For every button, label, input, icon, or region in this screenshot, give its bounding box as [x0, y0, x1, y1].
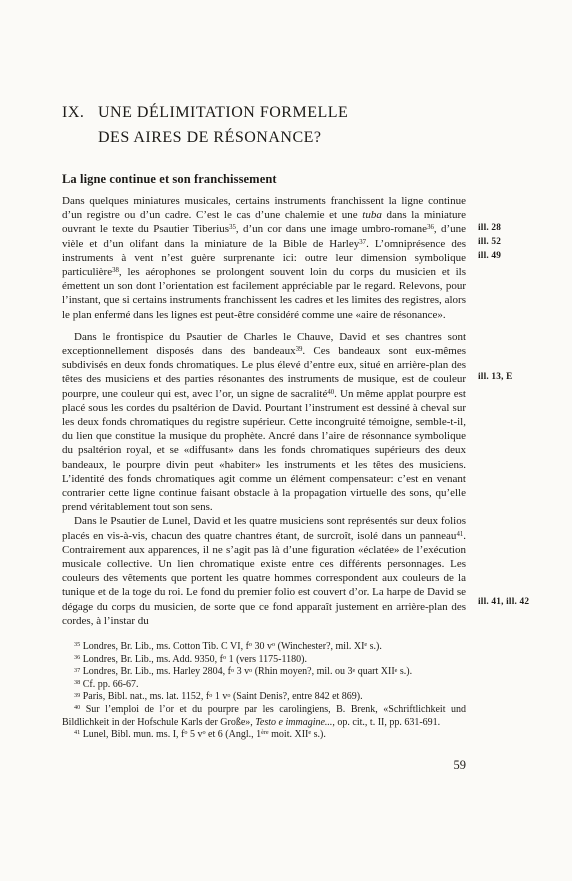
text-segment: 1 (vers 1175-1180).: [226, 654, 307, 665]
chapter-title: UNE DÉLIMITATION FORMELLE DES AIRES DE R…: [98, 100, 348, 150]
superscript-ref: 35: [74, 641, 80, 648]
superscript-ref: o: [184, 729, 187, 736]
text-segment: s.).: [397, 666, 412, 677]
section-subheading: La ligne continue et son franchissement: [62, 172, 466, 187]
text-segment: et 6 (Angl., 1: [206, 729, 262, 740]
text-segment: Dans le Psautier de Lunel, David et les …: [62, 515, 466, 541]
superscript-ref: 39: [296, 346, 303, 353]
text-segment: 30 v: [252, 641, 272, 652]
text-segment: (Rhin moyen?, mil. ou 3: [252, 666, 352, 677]
text-segment: 3 v: [234, 666, 249, 677]
superscript-ref: o: [249, 667, 252, 674]
superscript-ref: 36: [427, 224, 434, 231]
footnote: 40 Sur l’emploi de l’or et du pourpre pa…: [62, 704, 466, 729]
body-paragraph: Dans quelques miniatures musicales, cert…: [62, 194, 466, 322]
superscript-ref: e: [395, 667, 398, 674]
text-segment: Londres, Br. Lib., ms. Harley 2804, f: [80, 666, 231, 677]
superscript-ref: o: [202, 729, 205, 736]
margin-illustration-ref: ill. 49: [478, 251, 501, 261]
superscript-ref: o: [272, 641, 275, 648]
superscript-ref: ère: [261, 729, 269, 736]
superscript-ref: 38: [112, 267, 119, 274]
chapter-title-line1: UNE DÉLIMITATION FORMELLE: [98, 100, 348, 125]
chapter-heading: IX. UNE DÉLIMITATION FORMELLE DES AIRES …: [62, 100, 466, 150]
text-segment: moit. XII: [269, 729, 309, 740]
superscript-ref: 39: [74, 692, 80, 699]
superscript-ref: e: [308, 729, 311, 736]
superscript-ref: e: [352, 667, 355, 674]
superscript-ref: 35: [229, 224, 236, 231]
text-segment: Londres, Br. Lib., ms. Cotton Tib. C VI,…: [80, 641, 249, 652]
text-segment: Cf. pp. 66-67.: [80, 679, 138, 690]
superscript-ref: 37: [74, 667, 80, 674]
text-segment: . Contrairement aux apparences, il ne s’…: [62, 530, 466, 627]
footnote: 36 Londres, Br. Lib., ms. Add. 9350, fo …: [62, 654, 466, 667]
superscript-ref: o: [249, 641, 252, 648]
margin-illustration-ref: ill. 13, E: [478, 372, 513, 382]
superscript-ref: 41: [456, 531, 463, 538]
superscript-ref: 37: [359, 239, 366, 246]
superscript-ref: 38: [74, 679, 80, 686]
text-segment: Paris, Bibl. nat., ms. lat. 1152, f: [80, 691, 209, 702]
footnote: 41 Lunel, Bibl. mun. ms. I, fo 5 vo et 6…: [62, 729, 466, 742]
text-segment: 5 v: [187, 729, 202, 740]
page-content: IX. UNE DÉLIMITATION FORMELLE DES AIRES …: [62, 0, 466, 773]
text-segment: tuba: [362, 209, 382, 221]
body-paragraph: Dans le Psautier de Lunel, David et les …: [62, 514, 466, 628]
margin-illustration-ref: ill. 41, ill. 42: [478, 597, 529, 607]
text-segment: 1 v: [212, 691, 227, 702]
chapter-numeral: IX.: [62, 100, 98, 150]
page-number: 59: [62, 758, 466, 773]
text-segment: Testo e immagine...: [255, 717, 332, 728]
margin-illustration-ref: ill. 28: [478, 223, 501, 233]
text-segment: , les aérophones se prolongent souvent l…: [62, 266, 466, 321]
text-segment: Lunel, Bibl. mun. ms. I, f: [80, 729, 184, 740]
superscript-ref: o: [227, 692, 230, 699]
text-segment: quart XII: [355, 666, 394, 677]
footnote: 38 Cf. pp. 66-67.: [62, 679, 466, 692]
chapter-title-line2: DES AIRES DE RÉSONANCE?: [98, 125, 348, 150]
text-segment: , d’un cor dans une image umbro-romane: [236, 223, 427, 235]
text-segment: (Winchester?, mil. XI: [275, 641, 364, 652]
text-segment: s.).: [367, 641, 382, 652]
footnote: 37 Londres, Br. Lib., ms. Harley 2804, f…: [62, 666, 466, 679]
superscript-ref: 41: [74, 729, 80, 736]
text-segment: . Un même applat pourpre est placé sous …: [62, 388, 466, 514]
text-segment: , op. cit., t. II, pp. 631-691.: [332, 717, 440, 728]
superscript-ref: o: [231, 667, 234, 674]
superscript-ref: 40: [327, 389, 334, 396]
superscript-ref: o: [209, 692, 212, 699]
footnotes-block: 35 Londres, Br. Lib., ms. Cotton Tib. C …: [62, 641, 466, 742]
superscript-ref: o: [223, 654, 226, 661]
text-segment: (Saint Denis?, entre 842 et 869).: [230, 691, 362, 702]
text-segment: Londres, Br. Lib., ms. Add. 9350, f: [80, 654, 223, 665]
margin-illustration-ref: ill. 52: [478, 237, 501, 247]
footnote: 35 Londres, Br. Lib., ms. Cotton Tib. C …: [62, 641, 466, 654]
body-paragraph: Dans le frontispice du Psautier de Charl…: [62, 330, 466, 515]
superscript-ref: 36: [74, 654, 80, 661]
superscript-ref: 40: [74, 704, 80, 711]
superscript-ref: e: [364, 641, 367, 648]
footnote: 39 Paris, Bibl. nat., ms. lat. 1152, fo …: [62, 691, 466, 704]
text-segment: s.).: [311, 729, 326, 740]
